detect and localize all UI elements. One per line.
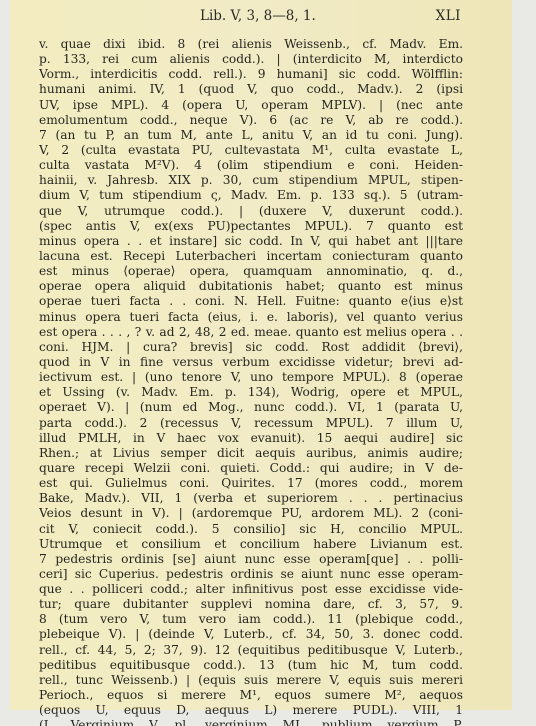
text-line: ceri] sic Cuperius. pedestris ordinis se…: [39, 567, 463, 582]
text-line: quare recepi Welzii coni. quieti. Codd.:…: [39, 461, 463, 476]
text-line: Veios desunt in V). | (ardoremque PU, ar…: [39, 506, 463, 521]
text-line: que . . polliceri codd.; alter infinitiv…: [39, 582, 463, 597]
text-line: coni. HJM. | cura? brevis] sic codd. Ros…: [39, 340, 463, 355]
text-line: rell., cf. 44, 5, 2; 37, 9). 12 (equitib…: [39, 643, 463, 658]
text-line: peditibus equitibusque codd.). 13 (tum h…: [39, 658, 463, 673]
text-line: p. 133, rei cum alienis codd.). | (inter…: [39, 52, 463, 67]
text-line: iectivum est. | (uno tenore V, uno tempo…: [39, 370, 463, 385]
text-line: dium V, tum stipendium ς, Madv. Em. p. 1…: [39, 188, 463, 203]
text-line: operaet V). | (num ed Mog., nunc codd.).…: [39, 400, 463, 415]
text-line: 7 (an tu P, an tum M, ante L, anitu V, a…: [39, 128, 463, 143]
text-line: humani animi. IV, 1 (quod V, quo codd., …: [39, 82, 463, 97]
text-line: (L. Verginium V, pl. verginium ML, publi…: [39, 718, 463, 726]
running-head-title: Lib. V, 3, 8—8, 1.: [200, 8, 316, 24]
text-line: Utrumque et consilium et concilium haber…: [39, 537, 463, 552]
text-line: v. quae dixi ibid. 8 (rei alienis Weisse…: [39, 37, 463, 52]
text-line: culta vastata M²V). 4 (olim stipendium e…: [39, 158, 463, 173]
text-line: hainii, v. Jahresb. XIX p. 30, cum stipe…: [39, 173, 463, 188]
text-line: V, 2 (culta evastata PU, cultevastata M¹…: [39, 143, 463, 158]
text-line: UV, ipse MPL). 4 (opera U, operam MPLV).…: [39, 98, 463, 113]
text-line: rell., tunc Weissenb.) | (equis suis mer…: [39, 673, 463, 688]
text-line: Bake, Madv.). VII, 1 (verba et superiore…: [39, 491, 463, 506]
text-line: est qui. Gulielmus coni. Quirites. 17 (m…: [39, 476, 463, 491]
text-line: plebeique V). | (deinde V, Luterb., cf. …: [39, 627, 463, 642]
text-line: est opera . . . , ? v. ad 2, 48, 2 ed. m…: [39, 325, 463, 340]
text-line: quod in V in fine versus verbum excidiss…: [39, 355, 463, 370]
text-line: parta codd.). 2 (recessus V, recessum MP…: [39, 416, 463, 431]
text-line: tur; quare dubitanter supplevi nomina da…: [39, 597, 463, 612]
text-line: cit V, coniecit codd.). 5 consilio] sic …: [39, 522, 463, 537]
text-line: emolumentum codd., neque V). 6 (ac re V,…: [39, 113, 463, 128]
document-page: Lib. V, 3, 8—8, 1. XLI v. quae dixi ibid…: [10, 0, 512, 710]
text-line: lacuna est. Recepi Luterbacheri incertam…: [39, 249, 463, 264]
text-line: 8 (tum vero V, tum vero iam codd.). 11 (…: [39, 612, 463, 627]
text-line: operae opera aliquid dubitationis habet;…: [39, 279, 463, 294]
text-line: minus opera . . et instare] sic codd. In…: [39, 234, 463, 249]
text-line: Perioch., equos si merere M¹, equos sume…: [39, 688, 463, 703]
text-line: illud PMLH, in V haec vox evanuit). 15 a…: [39, 431, 463, 446]
text-line: operae tueri facta . . coni. N. Hell. Fu…: [39, 294, 463, 309]
text-line: (spec antis V, ex(exs PU)pectantes MPUL)…: [39, 219, 463, 234]
text-line: est minus ⟨operae⟩ opera, quamquam annom…: [39, 264, 463, 279]
text-line: que V, utrumque codd.). | (duxere V, dux…: [39, 204, 463, 219]
text-line: minus opera tueri facta (eius, i. e. lab…: [39, 310, 463, 325]
text-line: Vorm., interdicitis codd. rell.). 9 huma…: [39, 67, 463, 82]
text-line: et Ussing (v. Madv. Em. p. 134), Wodrig,…: [39, 385, 463, 400]
critical-apparatus-text: v. quae dixi ibid. 8 (rei alienis Weisse…: [39, 37, 463, 726]
text-line: Rhen.; at Livius semper dicit aequis aur…: [39, 446, 463, 461]
running-head: Lib. V, 3, 8—8, 1. XLI: [10, 8, 512, 26]
page-number: XLI: [436, 8, 461, 24]
text-line: 7 pedestris ordinis [se] aiunt nunc esse…: [39, 552, 463, 567]
text-line: (equos U, equus D, aequus L) merere PUDL…: [39, 703, 463, 718]
